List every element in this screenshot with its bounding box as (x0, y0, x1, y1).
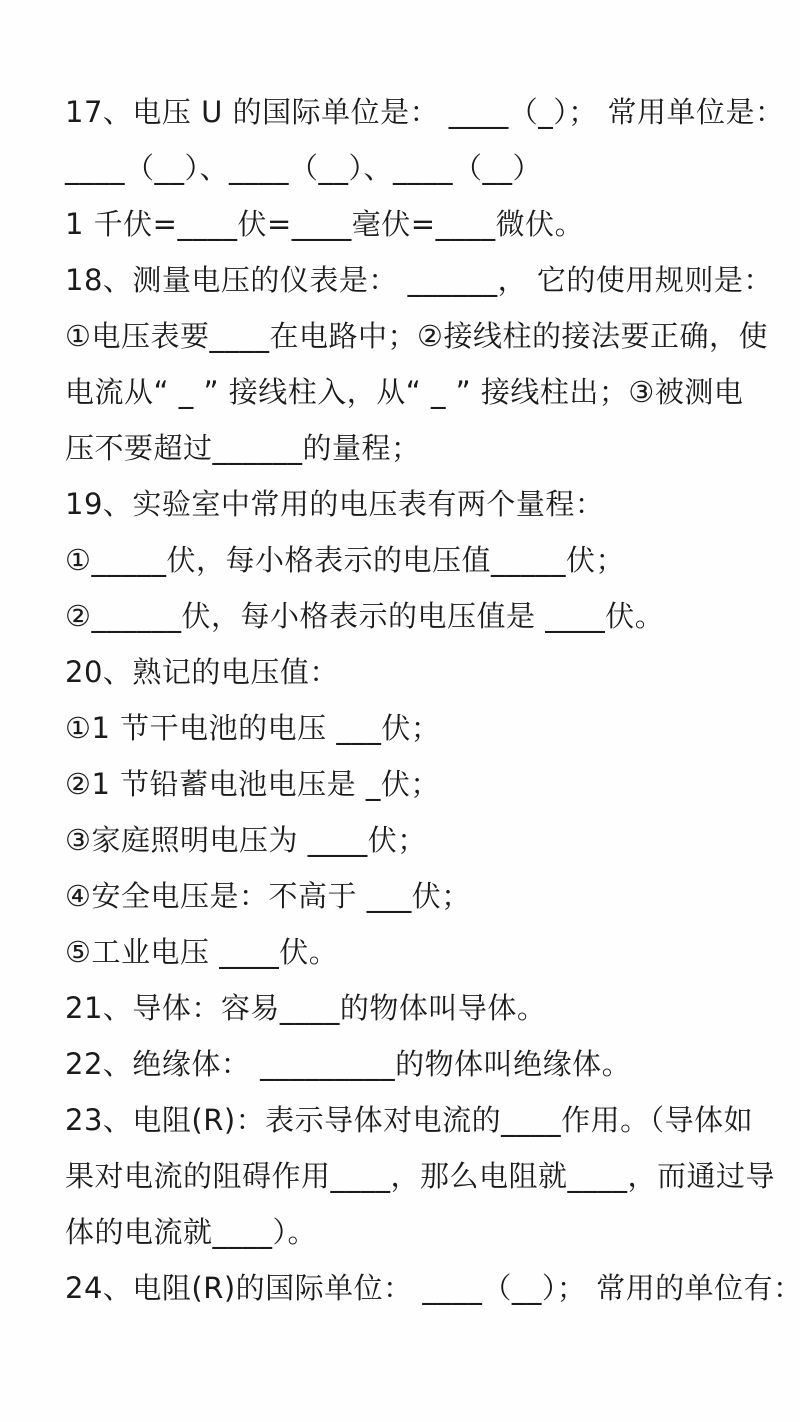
line-q18-rule-3: 压不要超过______的量程； (65, 420, 745, 476)
line-q19-range-2: ②______伏，每小格表示的电压值是 ____伏。 (65, 588, 745, 644)
line-q19-range-1: ①_____伏，每小格表示的电压值_____伏； (65, 532, 745, 588)
line-q17-conversion: 1 千伏=____伏=____毫伏=____微伏。 (65, 196, 745, 252)
line-q23-part-2: 果对电流的阻碍作用____，那么电阻就____，而通过导 (65, 1148, 745, 1204)
line-q23-part-3: 体的电流就____）。 (65, 1204, 745, 1260)
line-q18-intro: 18、测量电压的仪表是： ______， 它的使用规则是： (65, 252, 745, 308)
line-q17-intro: 17、电压 U 的国际单位是： ____（_）； 常用单位是： (65, 84, 745, 140)
line-q20-intro: 20、熟记的电压值： (65, 644, 745, 700)
line-q21: 21、导体：容易____的物体叫导体。 (65, 980, 745, 1036)
line-q24: 24、电阻(R)的国际单位： ____（__）； 常用的单位有： (65, 1260, 745, 1316)
line-q18-rule-2: 电流从“ _ ” 接线柱入，从“ _ ” 接线柱出；③被测电 (65, 364, 745, 420)
line-q18-rule-1: ①电压表要____在电路中；②接线柱的接法要正确，使 (65, 308, 745, 364)
line-q20-item-2: ②1 节铅蓄电池电压是 _伏； (65, 756, 745, 812)
line-q23-part-1: 23、电阻(R)：表示导体对电流的____作用。（导体如 (65, 1092, 745, 1148)
worksheet-page: 17、电压 U 的国际单位是： ____（_）； 常用单位是： ____（__）… (0, 0, 800, 1422)
line-q20-item-3: ③家庭照明电压为 ____伏； (65, 812, 745, 868)
line-q20-item-4: ④安全电压是：不高于 ___伏； (65, 868, 745, 924)
line-q20-item-1: ①1 节干电池的电压 ___伏； (65, 700, 745, 756)
line-q20-item-5: ⑤工业电压 ____伏。 (65, 924, 745, 980)
line-q17-common-units: ____（__）、____（__）、____（__） (65, 140, 745, 196)
line-q22: 22、绝缘体： _________的物体叫绝缘体。 (65, 1036, 745, 1092)
line-q19-intro: 19、实验室中常用的电压表有两个量程： (65, 476, 745, 532)
